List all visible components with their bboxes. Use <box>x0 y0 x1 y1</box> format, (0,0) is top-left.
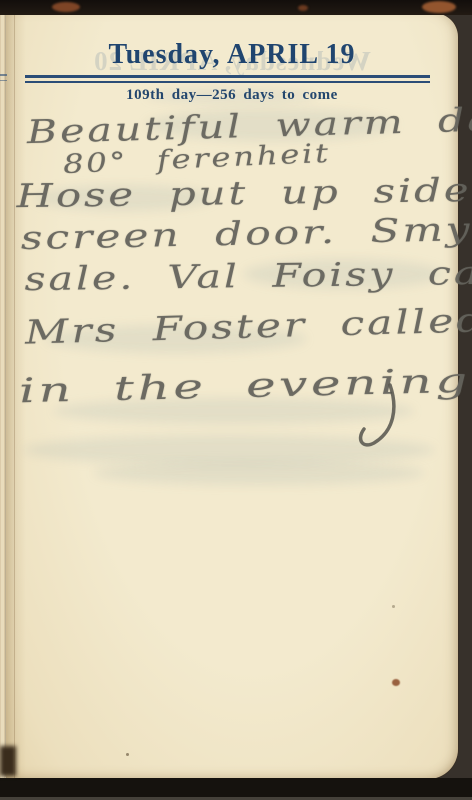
rust-stain <box>298 5 308 11</box>
binding-corner-shadow <box>0 746 16 776</box>
diary-scan: Wednesday, APRIL 20 Tuesday, APRIL 19 10… <box>0 0 472 800</box>
handwriting-line: Hose put up side <box>16 172 472 216</box>
handwriting-line: screen door. Smyths <box>20 210 472 258</box>
paper-speck <box>392 605 395 608</box>
rust-stain <box>422 1 456 13</box>
rust-stain <box>52 2 80 12</box>
bleed-through-smudge <box>94 461 424 485</box>
gutter-crease <box>14 13 15 779</box>
book-binding-bottom <box>0 778 472 800</box>
printed-day-count: 109th day—256 days to come <box>6 87 458 104</box>
diary-page: Wednesday, APRIL 20 Tuesday, APRIL 19 10… <box>6 13 458 779</box>
book-binding-top <box>0 0 472 15</box>
header-divider-rule <box>25 75 430 83</box>
handwriting-line: Mrs Foster called <box>24 302 472 353</box>
paper-speck <box>126 753 129 756</box>
handwriting-line: in the evening <box>18 361 472 411</box>
rust-stain <box>392 679 400 686</box>
printed-date-header: Tuesday, APRIL 19 <box>6 39 458 71</box>
facing-page-rule-fragment <box>0 74 7 81</box>
handwriting-line: sale. Val Foisy came <box>24 254 472 299</box>
